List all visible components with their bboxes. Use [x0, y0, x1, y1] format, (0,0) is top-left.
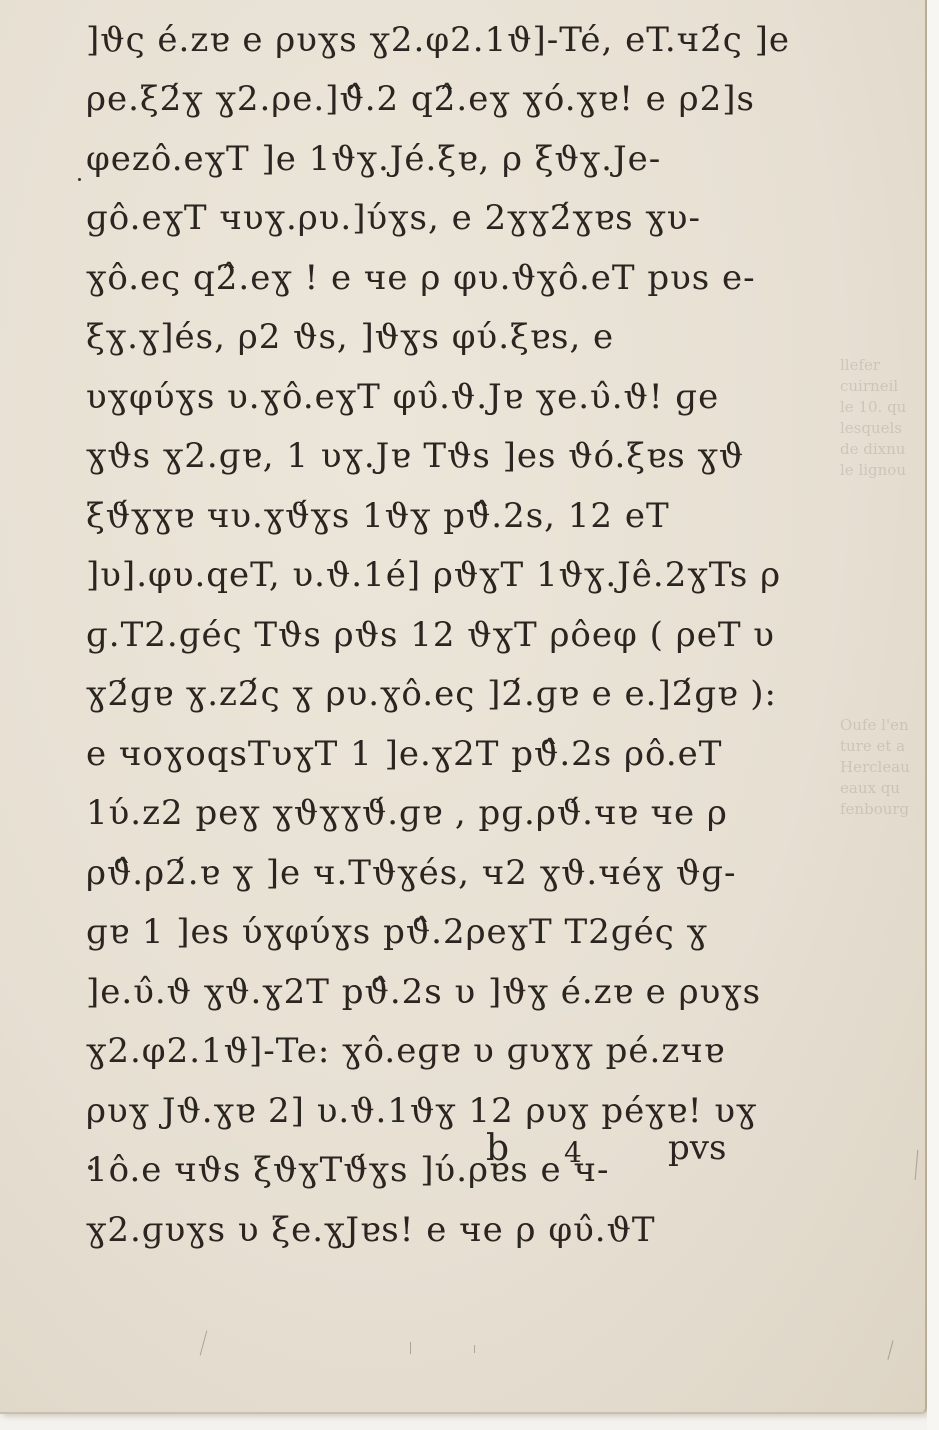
text-line: ɣϑs ɣ2.ɡɐ, 1 υɣ.Jɐ Tϑs ]es ϑó.ξɐs ɣϑ — [86, 427, 746, 487]
paper-speck — [88, 1165, 93, 1170]
paper-speck — [78, 178, 81, 181]
text-line: ɣ2.ɡυɣs υ ξe.ɣJɐs! e чe ρ φυ̂.ϑT — [86, 1200, 746, 1260]
text-line: ]υ].φυ.qeT, υ.ϑ.1é] ρϑɣT 1ϑɣ.Jê.2ɣTs ρ — [86, 546, 746, 606]
show-through-line: le 10. qu — [840, 397, 920, 418]
paper-fiber — [410, 1342, 411, 1354]
text-line: ξϑ́ɣɣɐ чυ.ɣϑ́ɣs 1ϑɣ pϑ̂.2s, 12 eT — [86, 486, 746, 546]
show-through-text-upper: llefer cuirneil le 10. qu lesquels de di… — [840, 355, 920, 481]
show-through-line: cuirneil — [840, 376, 920, 397]
show-through-line: fenbourg — [840, 799, 920, 820]
paper-fiber — [887, 1340, 893, 1360]
show-through-line: llefer — [840, 355, 920, 376]
paper-fiber — [200, 1330, 208, 1355]
text-line: υɣφύɣs υ.ɣô.eɣT φυ̂.ϑ.Jɐ ɣe.υ̂.ϑ! ɡe — [86, 367, 746, 427]
text-line: ξɣ.ɣ]és, ρ2 ϑs, ]ϑɣs φύ.ξɐs, e — [86, 308, 746, 368]
paper-fiber — [915, 1150, 919, 1180]
text-line: ρϑ̂.ρ2́.ɐ ɣ ]e ч.Tϑɣés, ч2 ɣϑ.чéɣ ϑɡ- — [86, 843, 746, 903]
book-page: llefer cuirneil le 10. qu lesquels de di… — [0, 0, 927, 1414]
page-footer: b 4 pvs — [86, 1128, 736, 1178]
text-line: φezô.eɣT ]e 1ϑɣ.Jé.ξɐ, ρ ξϑɣ.Je- — [86, 129, 746, 189]
scan-background — [927, 0, 939, 1430]
paper-fiber — [474, 1345, 475, 1353]
show-through-line: le lignou — [840, 460, 920, 481]
show-through-line: Oufe l'en — [840, 715, 920, 736]
show-through-line: eaux qu — [840, 778, 920, 799]
signature-mark: b — [486, 1128, 509, 1169]
show-through-line: de dixnu — [840, 439, 920, 460]
text-line: ɡɐ 1 ]es ύɣφύɣs pϑ̂.2ρeɣT T2ɡéς ɣ — [86, 903, 746, 963]
text-line: ]e.υ̂.ϑ ɣϑ.ɣ2T pϑ̂.2s υ ]ϑɣ é.zɐ e ρυɣs — [86, 962, 746, 1022]
text-line: ρe.ξ2́ɣ ɣ2.ρe.]ϑ̂.2 q2̂.eɣ ɣó.ɣɐ! e ρ2]s — [86, 70, 746, 130]
text-line: ɣ2.φ2.1ϑ]-Te: ɣô.eɡɐ υ ɡυɣɣ pé.zчɐ — [86, 1022, 746, 1082]
text-line: ɡô.eɣT чυɣ.ρυ.]ύɣs, e 2ɣɣ2́ɣɐs ɣυ- — [86, 189, 746, 249]
catchword: pvs — [668, 1128, 726, 1168]
show-through-line: ture et a — [840, 736, 920, 757]
text-line: ɣô.eς q2̂.eɣ ! e чe ρ φυ.ϑɣô.eT pυs e- — [86, 248, 746, 308]
signature-number: 4 — [564, 1136, 582, 1169]
text-line: ɣ2́ɡɐ ɣ.z2́ς ɣ ρυ.ɣô.eς ]2́.ɡɐ e e.]2́ɡɐ… — [86, 665, 746, 725]
text-line: ]ϑς é.zɐ e ρυɣs ɣ2.φ2.1ϑ]-Té, eT.ч2́ς ]e — [86, 10, 746, 70]
text-line: ɡ.T2.ɡéς Tϑs ρϑs 12 ϑɣT ρôeφ ( ρeT υ — [86, 605, 746, 665]
show-through-line: lesquels — [840, 418, 920, 439]
show-through-text-lower: Oufe l'en ture et a Hercleau eaux qu fen… — [840, 715, 920, 820]
show-through-line: Hercleau — [840, 757, 920, 778]
text-block: ]ϑς é.zɐ e ρυɣs ɣ2.φ2.1ϑ]-Té, eT.ч2́ς ]e… — [86, 10, 746, 1260]
text-line: e чoɣoqsTυɣT 1 ]e.ɣ2T pϑ̂.2s ρô.eT — [86, 724, 746, 784]
text-line: 1ύ.z2 peɣ ɣϑɣɣϑ́.ɡɐ , pɡ.ρϑ́.чɐ чe ρ — [86, 784, 746, 844]
